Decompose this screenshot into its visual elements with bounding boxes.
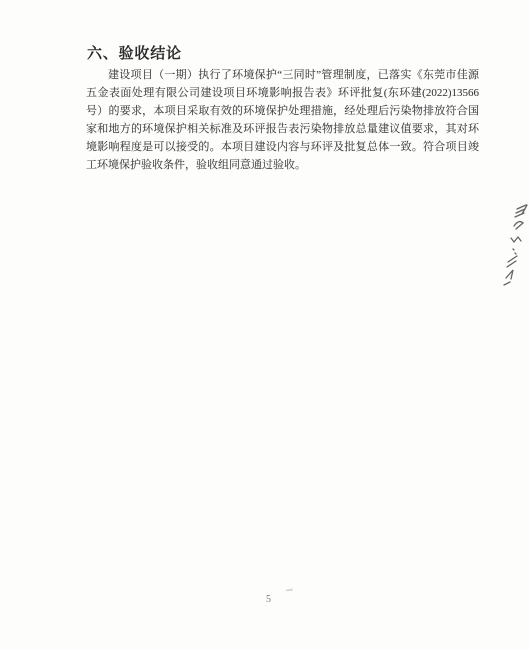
paragraph-line: 境影响程度是可以接受的。本项目建设内容与环评及批复总体一致。符合项目竣 xyxy=(86,138,479,156)
scan-speck xyxy=(286,589,293,592)
paragraph-line: 家和地方的环境保护相关标准及环评报告表污染物排放总量建议值要求，其对环 xyxy=(86,120,479,138)
paragraph-line: 工环境保护验收条件，验收组同意通过验收。 xyxy=(86,156,479,174)
paragraph-line: 号）的要求，本项目采取有效的环境保护处理措施，经处理后污染物排放符合国 xyxy=(86,102,479,120)
paragraph-line: 五金表面处理有限公司建设项目环境影响报告表》环评批复(东环建(2022)1356… xyxy=(86,84,479,102)
section-heading: 六、验收结论 xyxy=(87,45,182,63)
handwriting-scan-marks-icon xyxy=(503,202,530,288)
conclusion-paragraph: 建设项目（一期）执行了环境保护“三同时”管理制度，已落实《东莞市佳源 五金表面处… xyxy=(86,66,479,174)
scanned-document-page: 六、验收结论 建设项目（一期）执行了环境保护“三同时”管理制度，已落实《东莞市佳… xyxy=(0,0,530,650)
paragraph-line: 建设项目（一期）执行了环境保护“三同时”管理制度，已落实《东莞市佳源 xyxy=(86,66,479,84)
page-number: 5 xyxy=(266,594,271,605)
